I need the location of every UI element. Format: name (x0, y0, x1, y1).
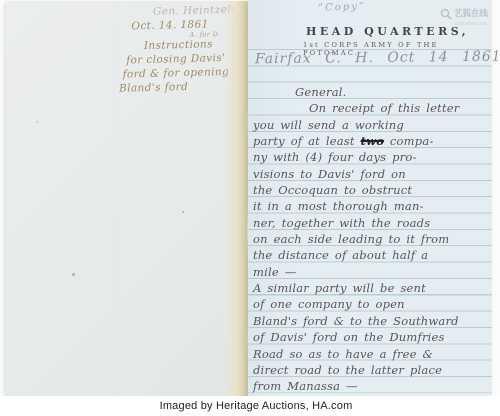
paper-speck (36, 121, 38, 123)
letter-right-page: “Copy” HEAD QUARTERS, 1st CORPS ARMY OF … (248, 0, 492, 399)
caption-strip: Imaged by Heritage Auctions, HA.com (0, 396, 500, 416)
paper-speck (182, 211, 184, 213)
watermark-site-url: artfoxlive.com (455, 20, 496, 29)
body-line: On receipt of this letter (309, 100, 492, 116)
body-line: A similar party will be sent (253, 280, 492, 296)
body-line: direct road to the latter place (253, 362, 492, 378)
copy-notation: “Copy” (318, 1, 366, 14)
paper-speck (72, 273, 75, 276)
body-line: mile — (253, 264, 492, 280)
letter-body: General. On receipt of this letter you w… (253, 84, 492, 395)
torn-paper-edge (224, 1, 250, 396)
body-line: ny with (4) four days pro- (253, 149, 492, 165)
body-line: party of at least two compa- (253, 133, 492, 149)
body-line-part: compa- (384, 134, 433, 148)
body-line: ner, together with the roads (253, 215, 492, 231)
body-line: visions to Davis' ford on (253, 166, 492, 182)
struck-word: two (361, 134, 384, 148)
letter-left-page: Gen. Heintzelman Oct. 14. 1861 A. for D.… (6, 1, 248, 396)
body-line: Road so as to have a free & (253, 346, 492, 362)
body-line: you will send a working (253, 117, 492, 133)
body-line: from Manassa — (253, 378, 492, 394)
body-line-part: party of at least (253, 134, 361, 148)
magnifier-icon (440, 8, 452, 20)
salutation: General. (295, 84, 492, 100)
body-line: on each side leading to it from (253, 231, 492, 247)
watermark: 艺狐在线 artfoxlive.com (440, 8, 496, 29)
watermark-site-name: 艺狐在线 (454, 10, 488, 19)
paper-crease (114, 1, 116, 396)
auction-photo: Gen. Heintzelman Oct. 14. 1861 A. for D.… (0, 0, 500, 416)
body-line: Bland's ford & to the Southward (253, 313, 492, 329)
handwritten-dateline: Fairfax C. H. Oct 14 1861 (255, 49, 485, 67)
body-line: of one company to open (253, 296, 492, 312)
body-line: the distance of about half a (253, 247, 492, 263)
caption-text: Imaged by Heritage Auctions, HA.com (160, 400, 353, 412)
body-line: it in a most thorough man- (253, 198, 492, 214)
body-line: of Davis' ford on the Dumfries (253, 329, 492, 345)
body-line: the Occoquan to obstruct (253, 182, 492, 198)
